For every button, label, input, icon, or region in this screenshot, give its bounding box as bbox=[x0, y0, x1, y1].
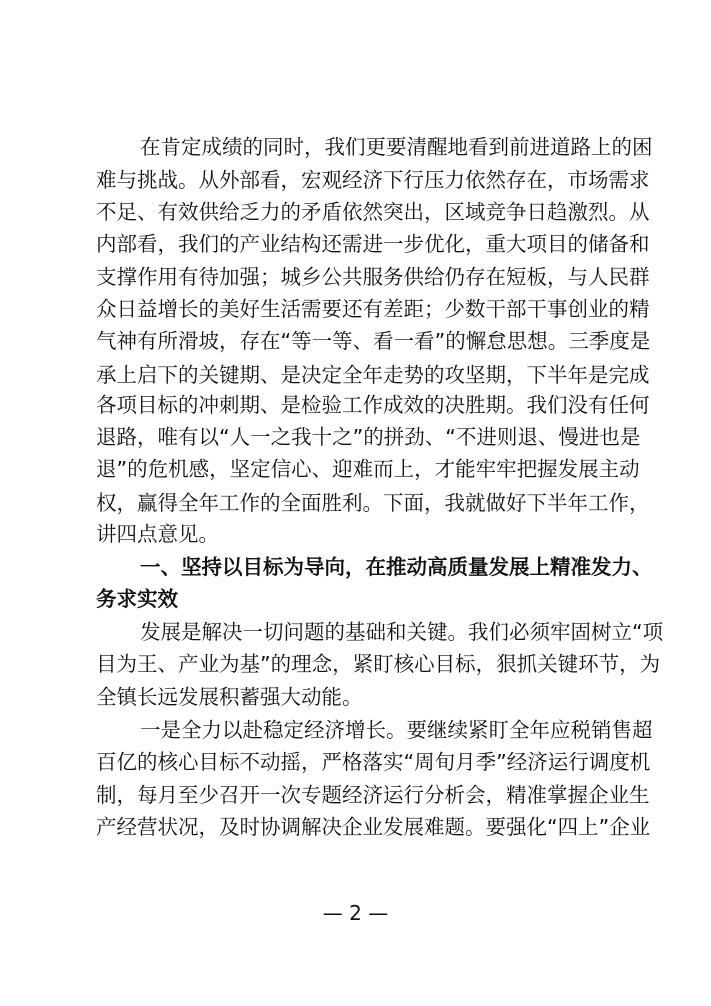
paragraph-1-line-2: 难与挑战。从外部看，宏观经济下行压力依然存在，市场需求 bbox=[96, 167, 624, 193]
section-heading-line-1: 一、坚持以目标为导向，在推动高质量发展上精准发力、 bbox=[140, 554, 624, 580]
paragraph-4-line-4: 产经营状况，及时协调解决企业发展难题。要强化“四上”企业 bbox=[96, 814, 624, 840]
paragraph-1-line-5: 支撑作用有待加强；城乡公共服务供给仍存在短板，与人民群 bbox=[96, 264, 624, 290]
paragraph-4-line-2: 百亿的核心目标不动摇，严格落实“周旬月季”经济运行调度机 bbox=[96, 749, 624, 775]
paragraph-3-line-1: 发展是解决一切问题的基础和关键。我们必须牢固树立“项 bbox=[140, 619, 624, 645]
paragraph-4-line-1: 一是全力以赴稳定经济增长。要继续紧盯全年应税销售超 bbox=[140, 717, 624, 743]
paragraph-1-line-13: 讲四点意见。 bbox=[96, 521, 624, 547]
paragraph-1-line-7: 气神有所滑坡，存在“等一等、看一看”的懈怠思想。三季度是 bbox=[96, 328, 624, 354]
paragraph-1-line-3: 不足、有效供给乏力的矛盾依然突出，区域竞争日趋激烈。从 bbox=[96, 199, 624, 225]
paragraph-3-line-3: 全镇长远发展积蓄强大动能。 bbox=[96, 684, 624, 710]
paragraph-1-line-1: 在肯定成绩的同时，我们更要清醒地看到前进道路上的困 bbox=[140, 134, 624, 160]
paragraph-1-line-9: 各项目标的冲刺期、是检验工作成效的决胜期。我们没有任何 bbox=[96, 392, 624, 418]
paragraph-3-line-2: 目为王、产业为基”的理念，紧盯核心目标，狠抓关键环节，为 bbox=[96, 651, 624, 677]
paragraph-1-line-6: 众日益增长的美好生活需要还有差距；少数干部干事创业的精 bbox=[96, 296, 624, 322]
paragraph-1-line-4: 内部看，我们的产业结构还需进一步优化，重大项目的储备和 bbox=[96, 231, 624, 257]
paragraph-1-line-10: 退路，唯有以“人一之我十之”的拼劲、“不进则退、慢进也是 bbox=[96, 424, 624, 450]
page-number: — 2 — bbox=[0, 900, 711, 926]
paragraph-1-line-8: 承上启下的关键期、是决定全年走势的攻坚期，下半年是完成 bbox=[96, 362, 624, 388]
paragraph-4-line-3: 制，每月至少召开一次专题经济运行分析会，精准掌握企业生 bbox=[96, 782, 624, 808]
section-heading-line-2: 务求实效 bbox=[96, 586, 624, 612]
document-page: 在肯定成绩的同时，我们更要清醒地看到前进道路上的困 难与挑战。从外部看，宏观经济… bbox=[0, 0, 711, 1006]
paragraph-1-line-12: 权，赢得全年工作的全面胜利。下面，我就做好下半年工作， bbox=[96, 490, 624, 516]
paragraph-1-line-11: 退”的危机感，坚定信心、迎难而上，才能牢牢把握发展主动 bbox=[96, 456, 624, 482]
